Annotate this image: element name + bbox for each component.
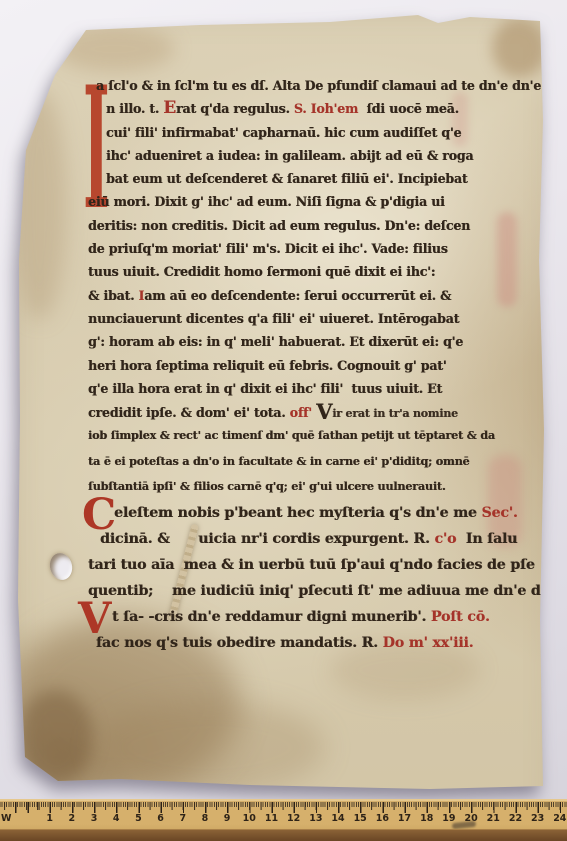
- text-run: Do m' xx'iii.: [383, 635, 474, 651]
- ruler: W 12345678910111213141516171819202122232…: [0, 799, 567, 841]
- ruler-number: 24: [552, 813, 567, 824]
- ruler-number: 8: [197, 813, 213, 824]
- parchment-stain: [95, 700, 325, 795]
- ruler-number: 16: [374, 813, 390, 824]
- text-run: deritis: non creditis. Dicit ad eum regu…: [88, 218, 470, 233]
- ruler-number: 15: [352, 813, 368, 824]
- photo-background: ICV a ſcl'o & in ſcl'm tu es dſ. Alta De…: [0, 0, 567, 841]
- text-run: ihc' adueniret a iudea: in galileam. abi…: [106, 148, 473, 163]
- text-line: q'e illa hora erat in q' dixit ei ihc' f…: [88, 377, 544, 400]
- text-line: fac nos q's tuis obedire mandatis. R. Do…: [88, 630, 544, 656]
- text-line: a ſcl'o & in ſcl'm tu es dſ. Alta De pfu…: [88, 74, 544, 97]
- ruler-lower-edge: [0, 829, 567, 841]
- ruler-number: 9: [219, 813, 235, 824]
- text-run: eleſtem nobis p'beant hec myſteria q's d…: [114, 505, 477, 521]
- text-run: rat q'da regulus.: [176, 101, 294, 116]
- text-run: off': [290, 405, 312, 420]
- ruler-number: 21: [485, 813, 501, 824]
- text-run: tuus uiuit. Credidit homo ſermoni quē di…: [88, 264, 435, 279]
- text-line: eleſtem nobis p'beant hec myſteria q's d…: [88, 500, 544, 526]
- ruler-smudge: [452, 821, 476, 829]
- text-line: heri hora ſeptima reliquit eū febris. Co…: [88, 354, 544, 377]
- text-run: Poſt cō.: [426, 609, 490, 625]
- text-run: am aū eo deſcendente: ſerui occurrerūt e…: [144, 288, 451, 303]
- text-line: cui' fili' infirmabat' capharnaū. hic cu…: [88, 121, 544, 144]
- ruler-number: 23: [530, 813, 546, 824]
- text-line: quentib; me iudiciū iniq' pſecuti ſt' me…: [88, 578, 544, 604]
- text-run: n illo. t.: [106, 101, 163, 116]
- text-line: iob ſimplex & rect' ac timenſ dm' quē ſa…: [88, 423, 544, 449]
- ruler-number: 17: [397, 813, 413, 824]
- text-line: n illo. t. Erat q'da regulus. S. Ioh'em …: [88, 97, 544, 120]
- text-run: heri hora ſeptima reliquit eū febris. Co…: [88, 358, 446, 373]
- ruler-number: 2: [64, 813, 80, 824]
- text-run: t ſa- -cris dn'e reddamur digni munerib'…: [112, 609, 426, 625]
- text-line: tari tuo aīa mea & in uerbū tuū ſp'aui q…: [88, 552, 544, 578]
- ruler-number: 13: [308, 813, 324, 824]
- text-line: ta ē ei poteſtas a dn'o in facultate & i…: [88, 449, 544, 475]
- text-line: & ibat. Iam aū eo deſcendente: ſerui occ…: [88, 284, 544, 307]
- text-run: ſubſtantiā ipſi' & filios carnē q'q; ei'…: [88, 479, 446, 493]
- text-run: bat eum ut deſcenderet & ſanaret filiū e…: [106, 171, 467, 186]
- manuscript-leaf-shadow: ICV a ſcl'o & in ſcl'm tu es dſ. Alta De…: [0, 0, 567, 841]
- manuscript-leaf: ICV a ſcl'o & in ſcl'm tu es dſ. Alta De…: [0, 0, 567, 841]
- parchment-hole: [47, 551, 75, 583]
- text-line: g': horam ab eis: in q' meli' habuerat. …: [88, 330, 544, 353]
- text-line: t ſa- -cris dn'e reddamur digni munerib'…: [88, 604, 544, 630]
- ruler-cm-ticks: [0, 802, 567, 813]
- parchment-stain: [18, 690, 93, 785]
- ruler-number: 1: [42, 813, 58, 824]
- text-run: tari tuo aīa mea & in uerbū tuū ſp'aui q…: [88, 557, 535, 573]
- text-run: fac nos q's tuis obedire mandatis. R.: [96, 635, 383, 651]
- ruler-number: 7: [175, 813, 191, 824]
- ruler-number: 22: [507, 813, 523, 824]
- text-line: ihc' adueniret a iudea: in galileam. abi…: [88, 144, 544, 167]
- text-line: de priuſq'm moriat' fili' m's. Dicit ei …: [88, 237, 544, 260]
- text-run: nunciauerunt dicentes q'a fili' ei' uiue…: [88, 311, 459, 326]
- text-line: eiū mori. Dixit g' ihc' ad eum. Niſi ſig…: [88, 190, 544, 213]
- text-run: ta ē ei poteſtas a dn'o in facultate & i…: [88, 454, 469, 468]
- text-run: In ſalu: [456, 531, 517, 547]
- parchment-stain: [492, 18, 547, 78]
- ruler-number: 18: [419, 813, 435, 824]
- text-line: tuus uiuit. Credidit homo ſermoni quē di…: [88, 260, 544, 283]
- text-run: de priuſq'm moriat' fili' m's. Dicit ei …: [88, 241, 448, 256]
- text-run: E: [163, 98, 176, 118]
- text-run: dicinā. & uicia nr'i cordis expurgent. R…: [100, 531, 434, 547]
- text-block: a ſcl'o & in ſcl'm tu es dſ. Alta De pfu…: [88, 74, 544, 656]
- parchment-stain: [12, 90, 67, 320]
- text-run: credidit ipſe. & dom' ei' tota.: [88, 405, 290, 420]
- text-run: V: [316, 399, 332, 424]
- parchment-stain: [55, 26, 175, 72]
- text-run: S. Ioh'em: [294, 101, 358, 116]
- text-run: c'o: [434, 531, 456, 547]
- text-line: dicinā. & uicia nr'i cordis expurgent. R…: [88, 526, 544, 552]
- text-run: g': horam ab eis: in q' meli' habuerat. …: [88, 334, 463, 349]
- text-line: bat eum ut deſcenderet & ſanaret filiū e…: [88, 167, 544, 190]
- text-run: quentib; me iudiciū iniq' pſecuti ſt' me…: [88, 583, 567, 599]
- text-run: cui' fili' infirmabat' capharnaū. hic cu…: [106, 125, 461, 140]
- text-line: credidit ipſe. & dom' ei' tota. off' Vir…: [88, 400, 544, 423]
- text-run: iob ſimplex & rect' ac timenſ dm' quē ſa…: [88, 428, 495, 442]
- ruler-number: 14: [330, 813, 346, 824]
- text-run: ir erat in tr'a nomine: [332, 407, 458, 420]
- ruler-number: 11: [263, 813, 279, 824]
- text-line: nunciauerunt dicentes q'a fili' ei' uiue…: [88, 307, 544, 330]
- text-run: ſdi uocē meā.: [358, 101, 459, 116]
- ruler-unit-label: W: [1, 813, 11, 824]
- ruler-number: 5: [130, 813, 146, 824]
- text-run: a ſcl'o & in ſcl'm tu es dſ. Alta De pfu…: [96, 78, 567, 93]
- text-line: deritis: non creditis. Dicit ad eum regu…: [88, 214, 544, 237]
- text-run: Sec'.: [477, 505, 518, 521]
- ruler-number: 6: [153, 813, 169, 824]
- text-line: ſubſtantiā ipſi' & filios carnē q'q; ei'…: [88, 474, 544, 500]
- text-run: eiū mori. Dixit g' ihc' ad eum. Niſi ſig…: [88, 194, 445, 209]
- ruler-number: 4: [108, 813, 124, 824]
- text-run: & ibat.: [88, 288, 139, 303]
- ruler-number: 3: [86, 813, 102, 824]
- ruler-number: 12: [286, 813, 302, 824]
- ruler-number: 10: [241, 813, 257, 824]
- text-run: q'e illa hora erat in q' dixit ei ihc' f…: [88, 381, 442, 396]
